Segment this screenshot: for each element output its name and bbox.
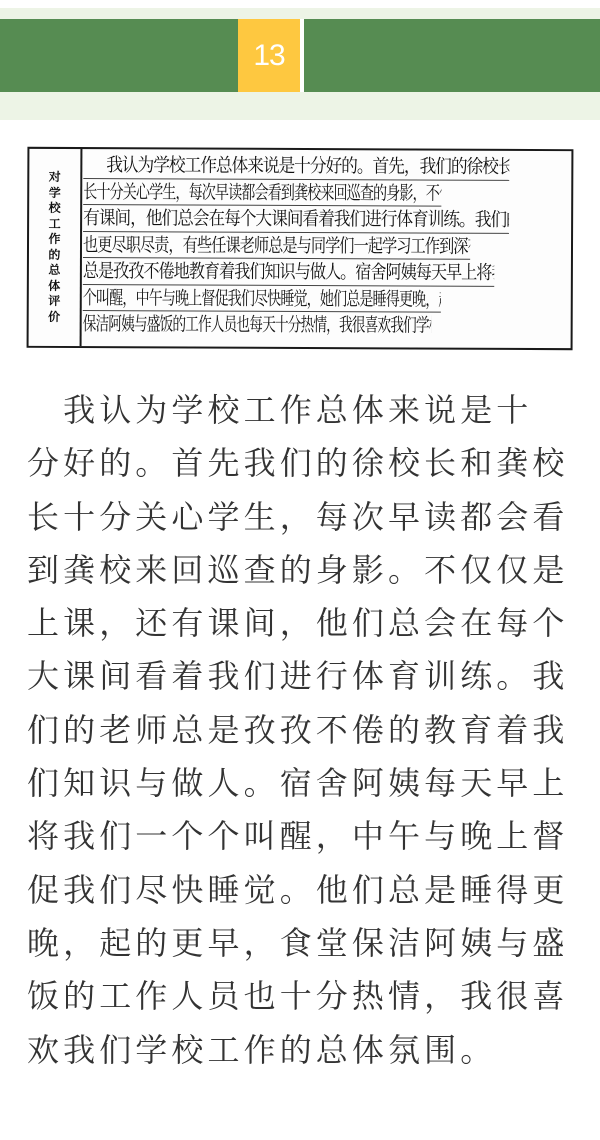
label-char: 校	[49, 201, 61, 217]
paragraph-line: 将我们一个个叫醒，中午与晚上督	[27, 810, 587, 863]
paragraph-line: 到龚校来回巡查的身影。不仅仅是	[27, 544, 587, 597]
header-bar-left	[0, 19, 238, 92]
section-number: 13	[253, 39, 284, 73]
paragraph-line: 长十分关心学生，每次早读都会看	[27, 491, 587, 544]
form-row-label: 对 学 校 工 作 的 总 体 评 价	[29, 149, 83, 346]
paragraph-line: 上课，还有课间，他们总会在每个	[27, 597, 587, 650]
handwritten-content: 我认为学校工作总体来说是十分好的。首先，我们的徐校长和龚校 长十分关心学生，每次…	[83, 152, 568, 344]
label-char: 总	[48, 263, 60, 279]
header-bar-right	[304, 19, 600, 92]
paragraph-line: 我认为学校工作总体来说是十	[27, 384, 587, 437]
label-char: 工	[49, 216, 61, 232]
label-char: 的	[48, 247, 60, 263]
handwritten-line: 保洁阿姨与盛饭的工作人员也每天十分热情，我很喜欢我们学校工作的总体氛围。	[83, 311, 432, 339]
paragraph-line: 们知识与做人。宿舍阿姨每天早上	[27, 757, 587, 810]
paragraph-line: 饭的工作人员也十分热情，我很喜	[27, 970, 587, 1023]
handwritten-form-scan: 对 学 校 工 作 的 总 体 评 价 我认为学校工作总体来说是十分好的。首先，…	[27, 147, 574, 350]
handwritten-line: 个叫醒，中午与晚上督促我们尽快睡觉，她们总是睡得更晚，起得更早。食堂	[83, 285, 441, 313]
label-char: 体	[48, 278, 60, 294]
label-char: 学	[49, 185, 61, 201]
paragraph-line: 分好的。首先我们的徐校长和龚校	[27, 437, 587, 490]
paragraph-line: 大课间看着我们进行体育训练。我	[27, 650, 587, 703]
paragraph-line: 们的老师总是孜孜不倦的教育着我	[27, 704, 587, 757]
handwritten-line: 也更尽职尽责，有些任课老师总是与同学们一起学习工作到深夜，他们也	[83, 232, 470, 260]
label-char: 评	[48, 294, 60, 310]
label-char: 对	[49, 170, 61, 186]
paragraph-line: 欢我们学校工作的总体氛围。	[27, 1024, 587, 1077]
section-number-badge: 13	[238, 19, 300, 92]
handwritten-line: 总是孜孜不倦地教育着我们知识与做人。宿舍阿姨每天早上将我们一个	[83, 258, 495, 286]
label-char: 作	[48, 232, 60, 248]
handwritten-line: 我认为学校工作总体来说是十分好的。首先，我们的徐校长和龚校	[83, 152, 509, 180]
transcription-paragraph: 我认为学校工作总体来说是十 分好的。首先我们的徐校长和龚校 长十分关心学生，每次…	[27, 384, 587, 1077]
paragraph-line: 晚，起的更早，食堂保洁阿姨与盛	[27, 917, 587, 970]
handwritten-line: 长十分关心学生，每次早读都会看到龚校来回巡查的身影，不仅仅是上课，还	[83, 179, 441, 207]
label-char: 价	[48, 309, 60, 325]
paragraph-line: 促我们尽快睡觉。他们总是睡得更	[27, 864, 587, 917]
handwritten-line: 有课间，他们总会在每个大课间看着我们进行体育训练。我们的老师	[83, 205, 509, 233]
